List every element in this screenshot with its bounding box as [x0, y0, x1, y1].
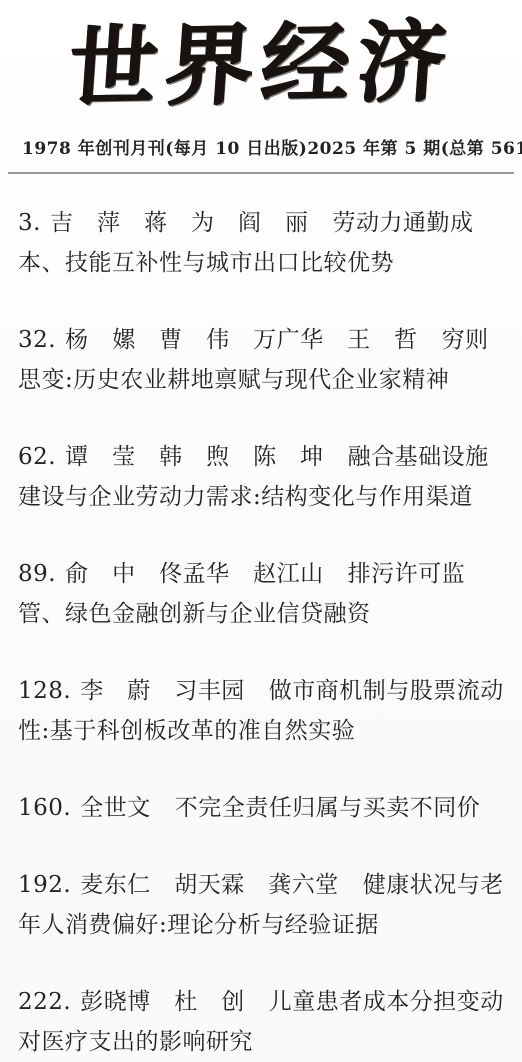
page-number: 3.	[18, 210, 41, 236]
founded-label: 1978 年创刊	[22, 134, 130, 159]
page-number: 89.	[18, 561, 56, 587]
journal-meta: 1978 年创刊 月刊(每月 10 日出版) 2025 年第 5 期 (总第 5…	[22, 134, 500, 159]
journal-masthead: 世界经济 1978 年创刊 月刊(每月 10 日出版) 2025 年第 5 期 …	[18, 10, 504, 174]
masthead-divider	[8, 172, 514, 174]
toc-entry: 3.吉 萍 蒋 为 阎 丽劳动力通勤成本、技能互补性与城市出口比较优势	[18, 203, 504, 283]
toc-entry: 32.杨 嫘 曹 伟 万广华 王 哲穷则思变:历史农业耕地禀赋与现代企业家精神	[18, 320, 504, 400]
page-number: 192.	[18, 872, 71, 898]
entry-authors: 吉 萍 蒋 为 阎 丽	[50, 210, 309, 236]
page-number: 160.	[18, 795, 71, 821]
frequency-label: 月刊(每月 10 日出版)	[130, 134, 307, 159]
entry-authors: 彭晓博 杜 创	[80, 989, 245, 1015]
page-number: 128.	[18, 678, 71, 704]
toc-list: 3.吉 萍 蒋 为 阎 丽劳动力通勤成本、技能互补性与城市出口比较优势 32.杨…	[18, 203, 504, 1062]
entry-title: 不完全责任归属与买卖不同价	[175, 795, 481, 821]
entry-authors: 谭 莹 韩 煦 陈 坤	[65, 444, 324, 470]
entry-authors: 俞 中 佟孟华 赵江山	[65, 561, 324, 587]
toc-entry: 89.俞 中 佟孟华 赵江山排污许可监管、绿色金融创新与企业信贷融资	[18, 554, 504, 634]
issue-label: 2025 年第 5 期	[307, 134, 440, 159]
entry-authors: 李 蔚 习丰园	[80, 678, 245, 704]
entry-authors: 杨 嫘 曹 伟 万广华 王 哲	[65, 327, 418, 353]
toc-entry: 222.彭晓博 杜 创儿童患者成本分担变动对医疗支出的影响研究	[18, 982, 504, 1062]
page-number: 32.	[18, 327, 56, 353]
page-number: 62.	[18, 444, 56, 470]
toc-entry: 192.麦东仁 胡天霖 龚六堂健康状况与老年人消费偏好:理论分析与经验证据	[18, 865, 504, 945]
toc-entry: 128.李 蔚 习丰园做市商机制与股票流动性:基于科创板改革的准自然实验	[18, 671, 504, 751]
toc-entry: 62.谭 莹 韩 煦 陈 坤融合基础设施建设与企业劳动力需求:结构变化与作用渠道	[18, 437, 504, 517]
volume-label: (总第 561 期)	[441, 134, 522, 159]
entry-authors: 麦东仁 胡天霖 龚六堂	[80, 872, 339, 898]
entry-authors: 全世文	[80, 795, 151, 821]
journal-toc-page: 世界经济 1978 年创刊 月刊(每月 10 日出版) 2025 年第 5 期 …	[0, 0, 522, 1062]
page-number: 222.	[18, 989, 71, 1015]
toc-entry: 160.全世文不完全责任归属与买卖不同价	[18, 788, 504, 828]
journal-title: 世界经济	[14, 6, 508, 122]
